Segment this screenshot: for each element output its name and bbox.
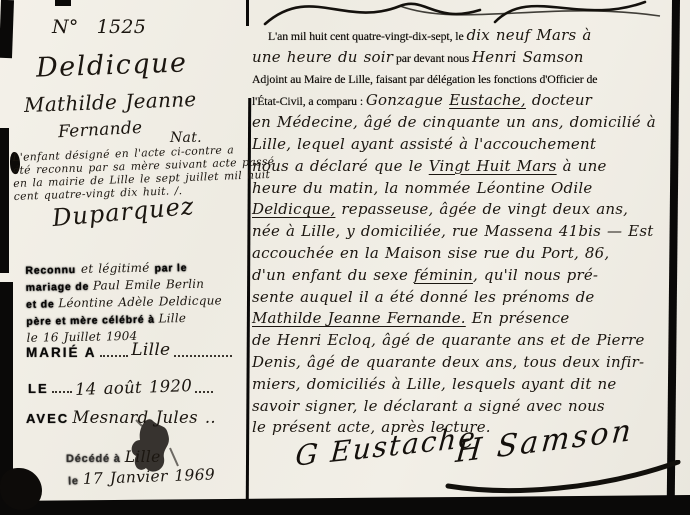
scan-corner-blot xyxy=(0,468,42,510)
handwritten-text: Léontine Adèle Deldicque xyxy=(58,293,222,310)
stamp-text: Reconnu xyxy=(25,264,76,277)
act-line: de Henri Ecloq, âgé de quarante ans et d… xyxy=(252,331,656,353)
married-place: Lille xyxy=(131,340,170,360)
stamp-text: par le xyxy=(154,262,187,275)
printed-text: l'État-Civil, a comparu : xyxy=(252,94,366,108)
scan-edge-mark xyxy=(55,0,71,6)
handwritten-text: de Henri Ecloq, âgé de quarante ans et d… xyxy=(252,331,645,349)
act-line: une heure du soir par devant nous Henri … xyxy=(252,48,656,70)
act-line: miers, domiciliés à Lille, lesquels ayan… xyxy=(252,375,656,397)
act-line: l'État-Civil, a comparu : Gonzague Eusta… xyxy=(252,91,656,113)
handwritten-text: Lille xyxy=(158,311,186,325)
dotted-leader xyxy=(195,379,213,393)
dotted-leader xyxy=(174,343,232,357)
married-date-label: LE xyxy=(28,381,49,396)
act-number-label: N° xyxy=(52,16,79,38)
handwritten-text: Eustache, xyxy=(449,91,526,109)
handwritten-text: Paul Emile Berlin xyxy=(93,277,204,293)
married-date-row: LE 14 août 1920 xyxy=(28,378,213,397)
margin-surname: Deldicque xyxy=(36,47,188,83)
signature-underline-flourish xyxy=(440,460,690,496)
handwritten-text: miers, domiciliés à Lille, lesquels ayan… xyxy=(252,375,617,393)
handwritten-text: nous a déclaré que le xyxy=(252,157,429,175)
dotted-leader xyxy=(52,379,72,393)
handwritten-text: heure du matin, la nommée Léontine Odile xyxy=(252,179,592,197)
handwritten-text: Mathilde Jeanne Fernande. xyxy=(252,309,466,327)
scan-edge-top-left xyxy=(0,0,14,58)
handwritten-text: En présence xyxy=(466,309,570,327)
handwritten-text: , qu'il nous pré- xyxy=(473,266,598,284)
act-line: accouchée en la Maison sise rue du Port,… xyxy=(252,244,656,266)
handwritten-text: d'un enfant du sexe xyxy=(252,266,414,284)
act-line: Deldicque, repasseuse, âgée de vingt deu… xyxy=(252,200,656,222)
printed-text: Adjoint au Maire de Lille, faisant par d… xyxy=(252,72,597,86)
handwritten-text: et légitimé xyxy=(76,261,155,276)
act-line: sente auquel il a été donné les prénoms … xyxy=(252,288,656,310)
handwritten-text: à une xyxy=(557,157,607,175)
death-stamp-row-1: Décédé à Lille xyxy=(66,448,161,467)
margin-given-names-2: Fernande xyxy=(58,118,143,142)
handwritten-text: féminin xyxy=(414,266,473,284)
registry-scan-page: N° 1525 Deldicque Mathilde Jeanne Fernan… xyxy=(0,0,690,515)
death-stamp-row-2: le 17 Janvier 1969 xyxy=(68,465,216,489)
handwritten-text: repasseuse, âgée de vingt deux ans, xyxy=(335,200,628,218)
handwritten-text: savoir signer, le déclarant a signé avec… xyxy=(252,397,605,415)
handwritten-text: Denis, âgé de quarante deux ans, tous de… xyxy=(252,353,644,371)
death-stamp-prefix: Décédé à xyxy=(66,453,121,465)
handwritten-text: une heure du soir xyxy=(252,48,393,66)
scan-edge-right xyxy=(667,0,680,515)
act-line: Adjoint au Maire de Lille, faisant par d… xyxy=(252,70,656,92)
married-at-row: MARIÉ A Lille xyxy=(26,342,232,362)
column-divider-top-segment xyxy=(246,0,249,26)
scan-edge-left-mid xyxy=(0,128,9,273)
stamp-text: et de xyxy=(26,298,58,311)
act-line: L'an mil huit cent quatre-vingt-dix-sept… xyxy=(252,26,656,48)
stamp-text: père et mère célébré à xyxy=(26,314,158,328)
recognition-marginal-note: L'enfant désigné en l'acte ci-contre aét… xyxy=(12,143,242,203)
printed-text: L'an mil huit cent quatre-vingt-dix-sept… xyxy=(268,29,466,43)
act-line: Lille, lequel ayant assisté à l'accouche… xyxy=(252,135,656,157)
handwritten-text: Lille, lequel ayant assisté à l'accouche… xyxy=(252,135,596,153)
act-line: née à Lille, y domiciliée, rue Massena 4… xyxy=(252,222,656,244)
death-date-prefix: le xyxy=(68,475,79,487)
handwritten-text: accouchée en la Maison sise rue du Port,… xyxy=(252,244,609,262)
stamp-text: mariage de xyxy=(26,281,93,294)
scan-edge-bottom xyxy=(0,495,690,515)
handwritten-text: dix neuf Mars à xyxy=(466,26,591,44)
printed-text: par devant nous xyxy=(393,51,472,65)
handwritten-text: Gonzague xyxy=(366,91,449,109)
act-line: Denis, âgé de quarante deux ans, tous de… xyxy=(252,353,656,375)
act-number-value: 1525 xyxy=(97,16,147,38)
dotted-leader xyxy=(100,343,128,357)
death-date: 17 Janvier 1969 xyxy=(82,465,215,488)
handwritten-text: née à Lille, y domiciliée, rue Massena 4… xyxy=(252,222,653,240)
handwritten-text: docteur xyxy=(526,91,592,109)
handwritten-text: sente auquel il a été donné les prénoms … xyxy=(252,288,595,306)
act-line: Mathilde Jeanne Fernande. En présence xyxy=(252,309,656,331)
act-line: heure du matin, la nommée Léontine Odile xyxy=(252,179,656,201)
death-place: Lille xyxy=(125,448,161,466)
married-date: 14 août 1920 xyxy=(75,376,193,399)
handwritten-text: Henri Samson xyxy=(472,48,584,66)
act-line: nous a déclaré que le Vingt Huit Mars à … xyxy=(252,157,656,179)
handwritten-text: en Médecine, âgé de cinquante un ans, do… xyxy=(252,113,656,131)
act-line: savoir signer, le déclarant a signé avec… xyxy=(252,397,656,419)
spouse-label: AVEC xyxy=(26,411,69,426)
handwritten-text: Deldicque, xyxy=(252,200,335,218)
married-at-label: MARIÉ A xyxy=(26,345,97,360)
birth-act-text: L'an mil huit cent quatre-vingt-dix-sept… xyxy=(252,26,656,440)
overlapping-signature-flourish xyxy=(250,0,670,28)
act-line: d'un enfant du sexe féminin, qu'il nous … xyxy=(252,266,656,288)
act-line: en Médecine, âgé de cinquante un ans, do… xyxy=(252,113,656,135)
act-number: N° 1525 xyxy=(52,16,146,38)
legitimation-stamp-note: Reconnu et légitimé par lemariage de Pau… xyxy=(25,258,236,346)
margin-given-names-1: Mathilde Jeanne xyxy=(24,87,197,117)
handwritten-text: Vingt Huit Mars xyxy=(429,157,557,175)
